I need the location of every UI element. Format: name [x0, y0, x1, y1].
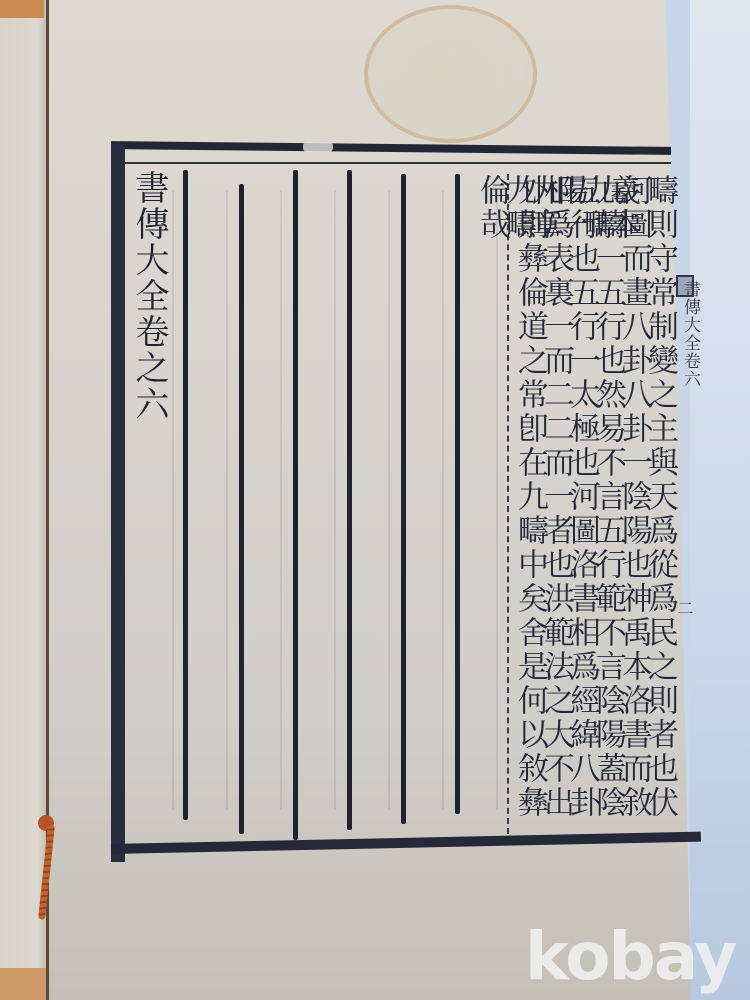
frame-left-border: [111, 144, 125, 862]
column-rule: [347, 170, 352, 830]
leaf-number: 二: [682, 600, 696, 616]
text-column-1: 疇則守常制變之主與天爲從爲民之則者也伏羲本: [639, 174, 679, 824]
volume-title: 書傳大全卷之六: [129, 170, 169, 422]
background-surface: [690, 0, 750, 1000]
column-rule: [455, 174, 460, 814]
cover-edge-bottom: [0, 968, 46, 1000]
water-stain: [364, 5, 537, 143]
column-rule: [183, 170, 188, 820]
margin-title: 書傳大全卷六: [678, 280, 700, 388]
kobay-watermark: kobay: [525, 918, 735, 995]
frame-bottom-border: [111, 832, 701, 854]
column-rule: [293, 170, 298, 840]
column-rule: [401, 174, 406, 824]
printed-frame: 書傳大全卷之六 外則彝倫道之常卽在九疇中矣舍是何以敘彝倫哉 相爲表裏一而二二而一…: [111, 144, 671, 862]
frame-inner-top-rule: [125, 162, 671, 164]
binding-string: [38, 815, 50, 925]
column-rule: [239, 184, 244, 834]
fish-tail-mark: [303, 142, 333, 152]
frame-top-border: [111, 141, 671, 155]
cover-edge-top: [0, 0, 44, 18]
